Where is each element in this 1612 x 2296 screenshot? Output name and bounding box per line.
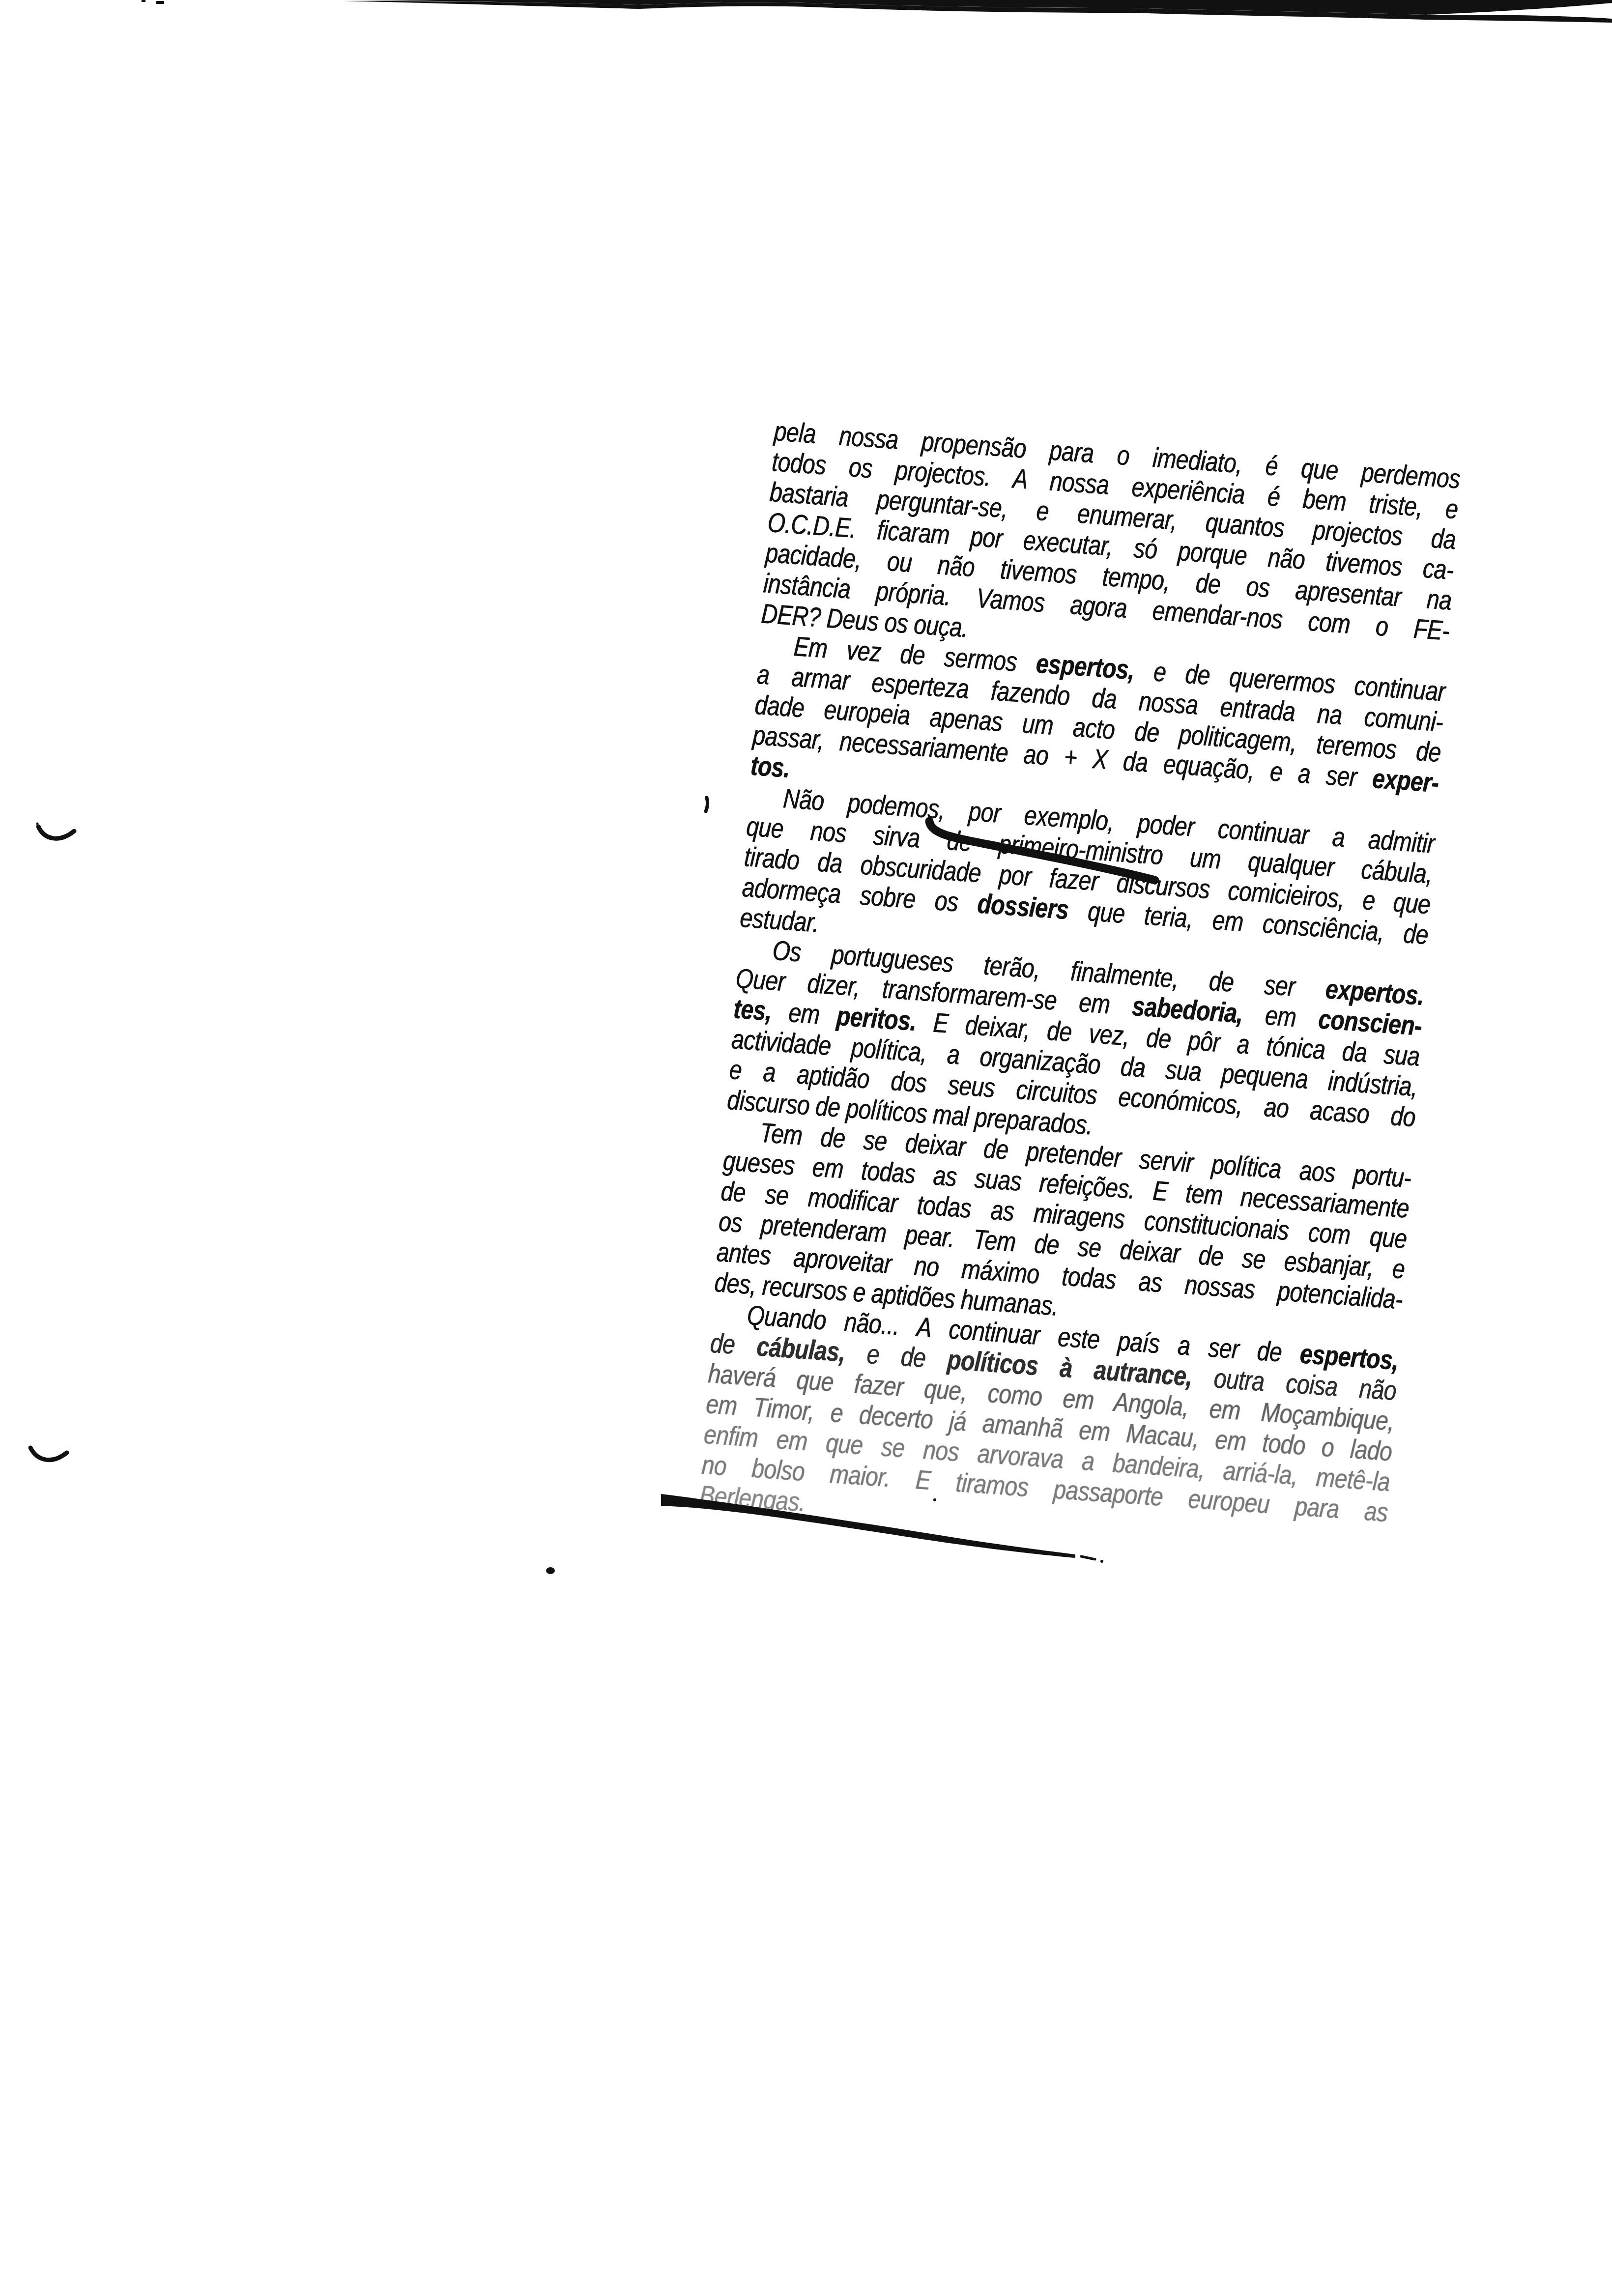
scanner-speck xyxy=(156,1,164,4)
bold-print-text: tes, xyxy=(733,993,773,1026)
ink-dot xyxy=(546,1567,555,1574)
bottom-pen-stroke-tail xyxy=(1081,1556,1095,1559)
margin-tick-mark xyxy=(706,798,708,811)
print-text: de xyxy=(709,1327,758,1361)
bold-print-text: tos. xyxy=(749,749,791,783)
scanned-document-page: pela nossa propensão para o imediato, é … xyxy=(0,0,1612,2296)
print-text: em xyxy=(771,996,838,1031)
scanner-speck xyxy=(142,0,145,2)
bold-print-text: exper- xyxy=(1371,763,1439,798)
article-text-column: pela nossa propensão para o imediato, é … xyxy=(698,416,1461,1558)
bold-print-text: dossiers xyxy=(977,888,1070,925)
bottom-pen-stroke-dot xyxy=(1100,1560,1103,1563)
scanner-edge-smudge-mark-2 xyxy=(344,1,1612,23)
margin-check-mark-top xyxy=(38,827,74,838)
scanner-edge-smudge-mark xyxy=(175,0,1612,15)
margin-check-dot xyxy=(36,823,39,825)
print-text: estudar. xyxy=(739,902,820,938)
margin-check-mark-bottom xyxy=(30,1448,67,1460)
